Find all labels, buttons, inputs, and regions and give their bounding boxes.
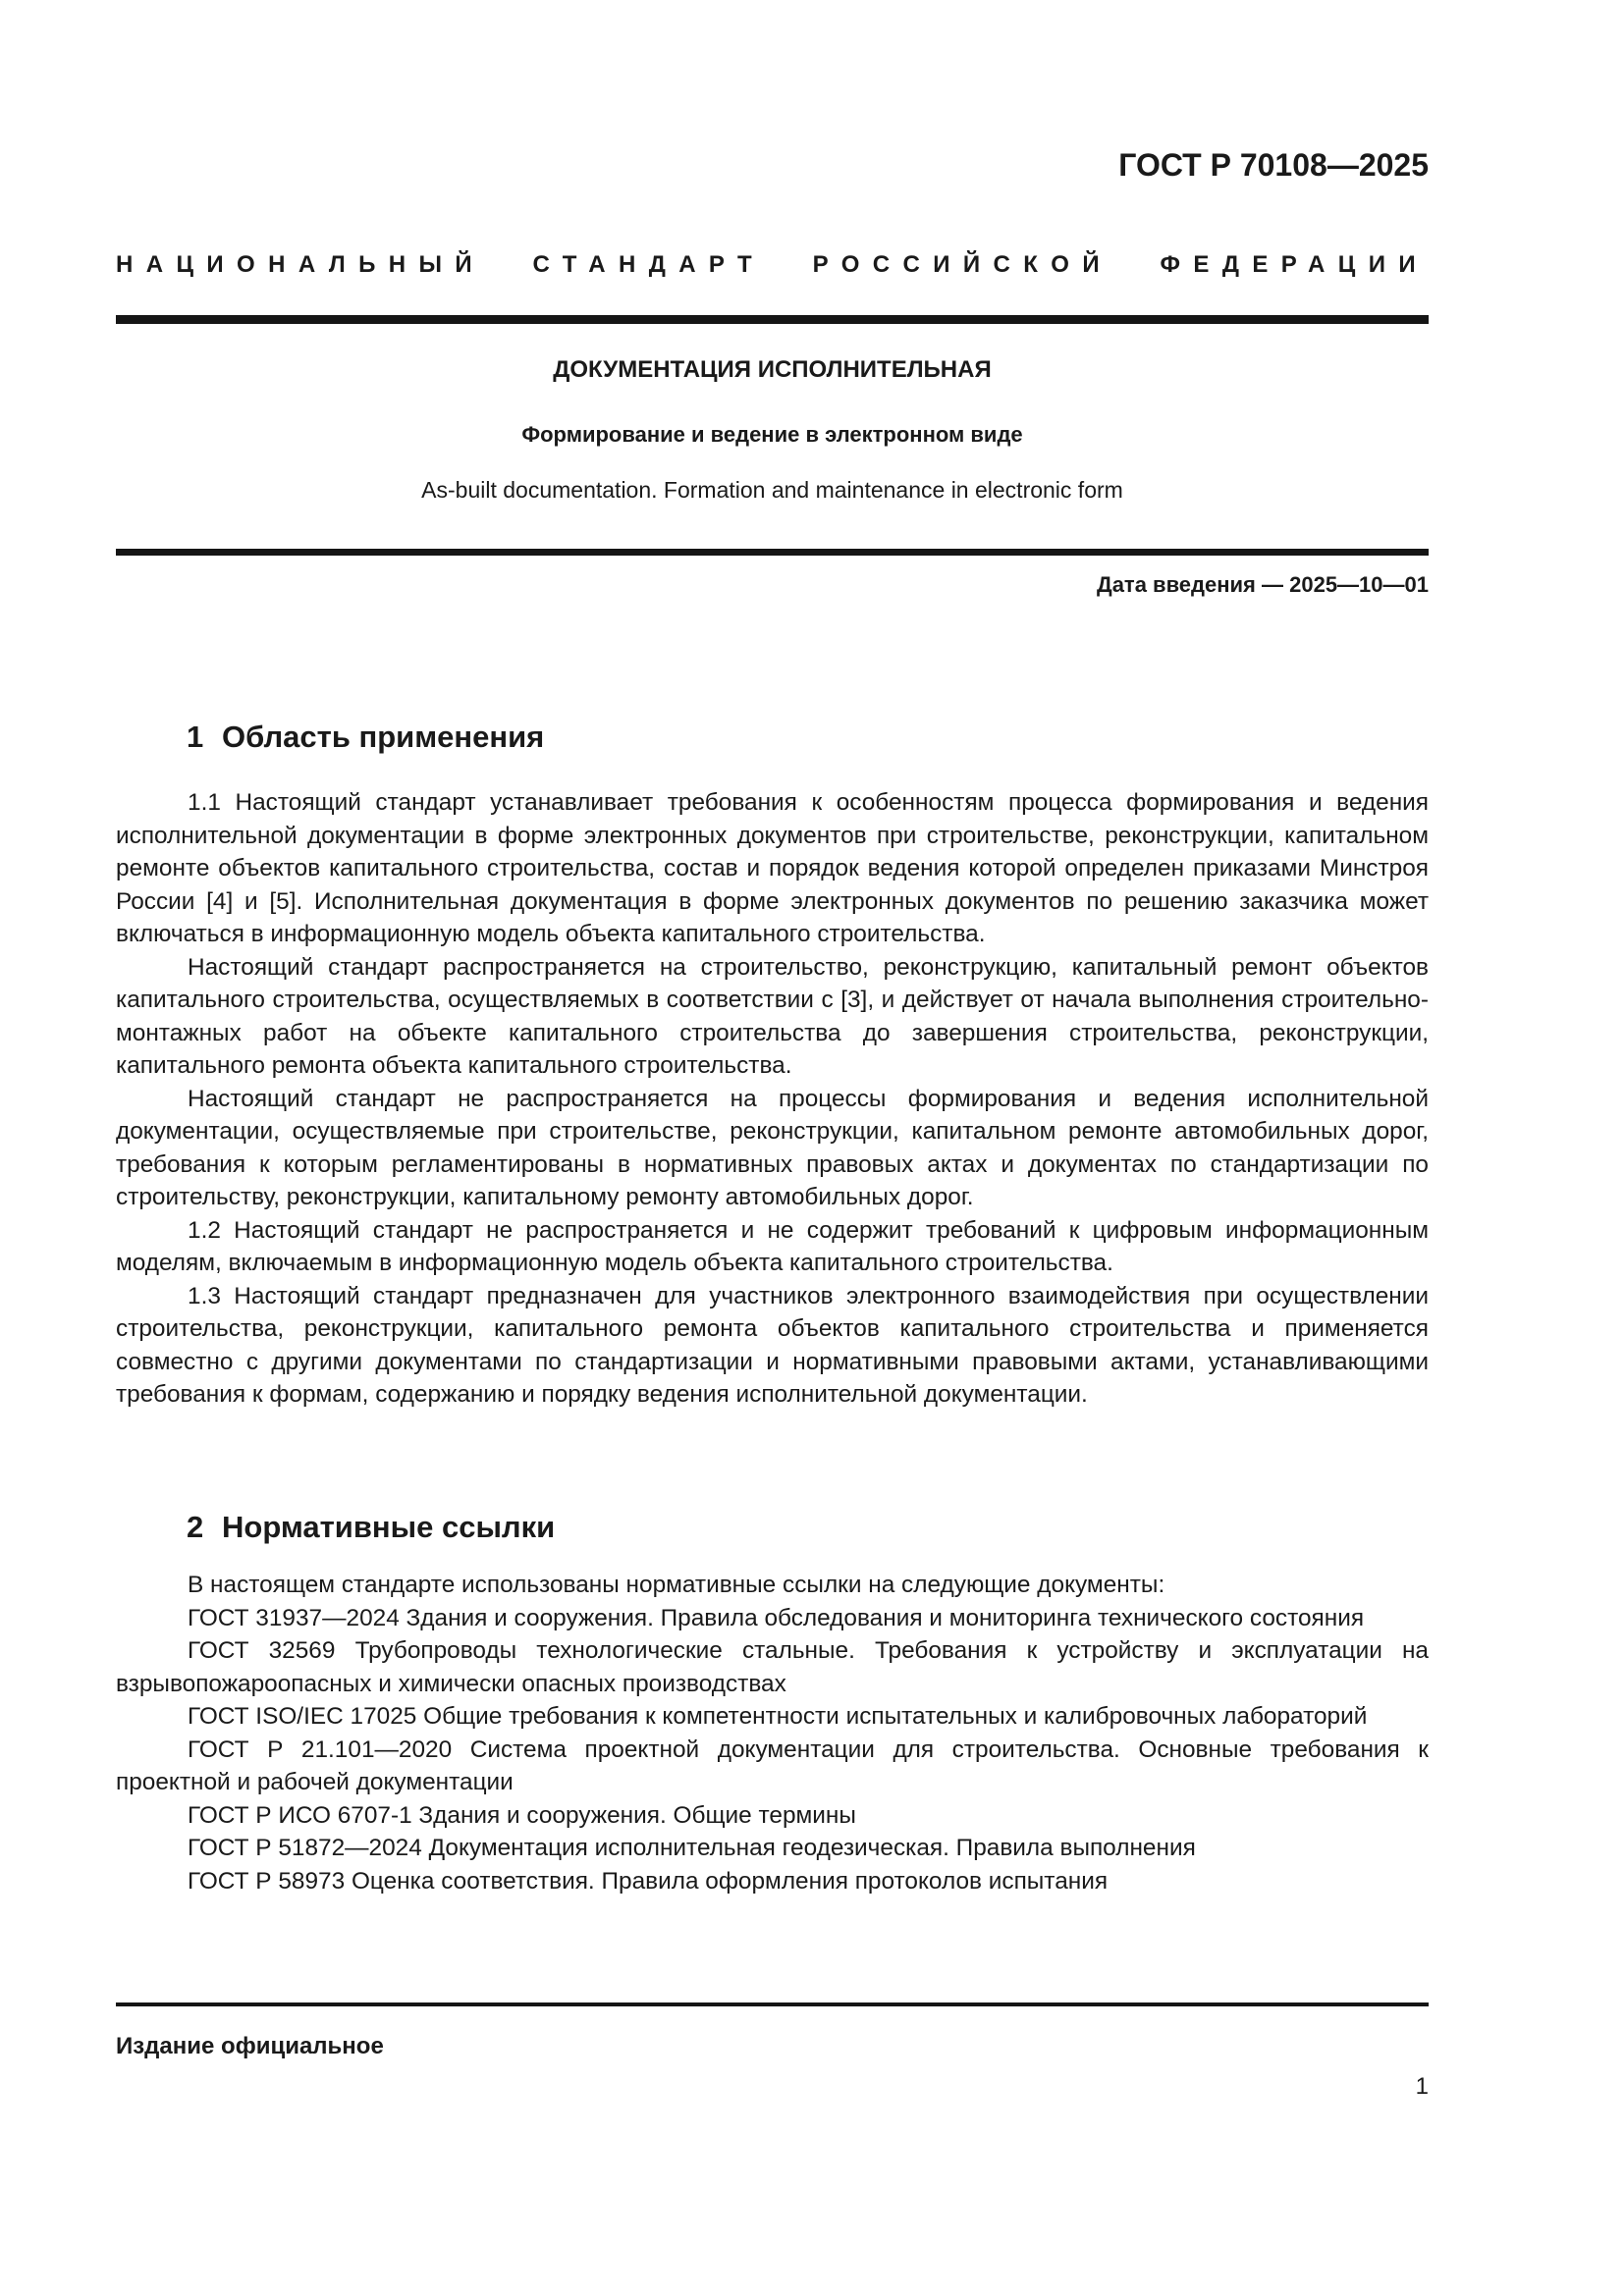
document-designation: ГОСТ Р 70108—2025 [1118, 147, 1429, 184]
section-title: Нормативные ссылки [222, 1510, 555, 1544]
footer-divider [116, 2002, 1429, 2006]
title-divider [116, 549, 1429, 556]
document-title: ДОКУМЕНТАЦИЯ ИСПОЛНИТЕЛЬНАЯ [116, 356, 1429, 384]
paragraph-scope-applies: Настоящий стандарт распространяется на с… [116, 951, 1429, 1083]
reference-item: ГОСТ ISO/IEC 17025 Общие требования к ко… [116, 1700, 1429, 1734]
reference-code: ГОСТ Р 58973 [188, 1868, 345, 1895]
effective-date: Дата введения — 2025—10—01 [116, 572, 1429, 598]
reference-item: ГОСТ 31937—2024 Здания и сооружения. Пра… [116, 1602, 1429, 1635]
reference-code: ГОСТ Р 21.101—2020 [188, 1736, 452, 1763]
paragraph-1-1: 1.1 Настоящий стандарт устанавливает тре… [116, 786, 1429, 951]
section-heading-scope: 1Область применения [187, 720, 544, 755]
reference-title: Здания и сооружения. Общие термины [418, 1802, 856, 1829]
paragraph-1-2: 1.2 Настоящий стандарт не распространяет… [116, 1214, 1429, 1280]
reference-title: Общие требования к компетентности испыта… [423, 1703, 1367, 1730]
reference-item: ГОСТ Р 58973 Оценка соответствия. Правил… [116, 1865, 1429, 1898]
top-divider [116, 315, 1429, 324]
references-intro: В настоящем стандарте использованы норма… [116, 1569, 1429, 1602]
section-references-body: В настоящем стандарте использованы норма… [116, 1569, 1429, 1897]
english-title: As-built documentation. Formation and ma… [116, 477, 1429, 504]
section-scope-body: 1.1 Настоящий стандарт устанавливает тре… [116, 786, 1429, 1412]
page-number: 1 [1416, 2073, 1429, 2101]
official-edition-label: Издание официальное [116, 2033, 384, 2060]
document-subtitle: Формирование и ведение в электронном вид… [116, 422, 1429, 448]
reference-title: Оценка соответствия. Правила оформления … [352, 1868, 1108, 1895]
reference-item: ГОСТ Р ИСО 6707-1 Здания и сооружения. О… [116, 1799, 1429, 1833]
standard-banner: НАЦИОНАЛЬНЫЙ СТАНДАРТ РОССИЙСКОЙ ФЕДЕРАЦ… [116, 251, 1429, 279]
reference-item: ГОСТ Р 21.101—2020 Система проектной док… [116, 1734, 1429, 1799]
reference-code: ГОСТ Р ИСО 6707-1 [188, 1802, 412, 1829]
reference-item: ГОСТ Р 51872—2024 Документация исполните… [116, 1832, 1429, 1865]
reference-code: ГОСТ 31937—2024 [188, 1605, 400, 1631]
section-number: 2 [187, 1510, 222, 1545]
section-title: Область применения [222, 720, 544, 754]
reference-code: ГОСТ 32569 [188, 1637, 335, 1664]
reference-title: Здания и сооружения. Правила обследовани… [406, 1605, 1365, 1631]
reference-code: ГОСТ ISO/IEC 17025 [188, 1703, 416, 1730]
paragraph-scope-excludes: Настоящий стандарт не распространяется н… [116, 1083, 1429, 1214]
reference-item: ГОСТ 32569 Трубопроводы технологические … [116, 1634, 1429, 1700]
reference-code: ГОСТ Р 51872—2024 [188, 1835, 422, 1861]
paragraph-1-3: 1.3 Настоящий стандарт предназначен для … [116, 1280, 1429, 1412]
section-heading-references: 2Нормативные ссылки [187, 1510, 555, 1545]
section-number: 1 [187, 720, 222, 755]
reference-title: Документация исполнительная геодезическа… [429, 1835, 1196, 1861]
